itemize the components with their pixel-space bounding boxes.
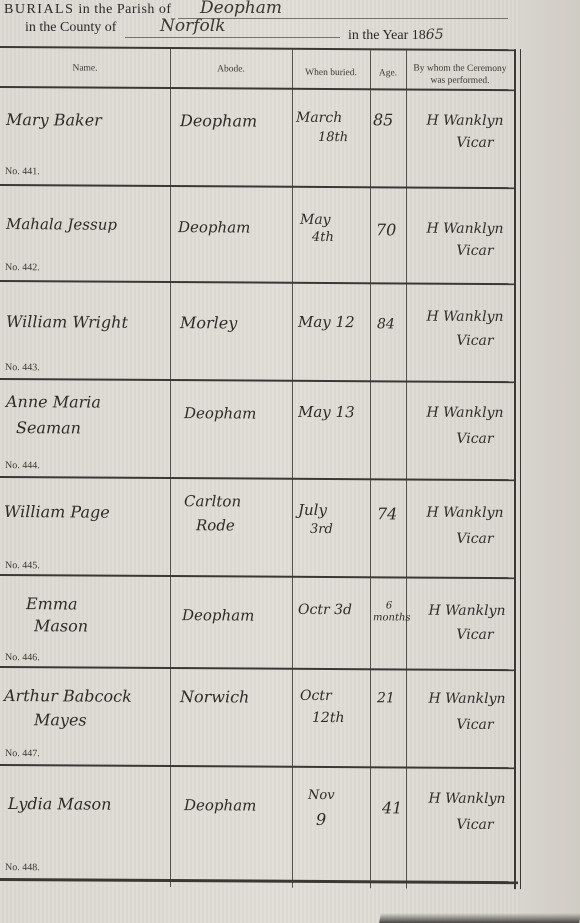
register-header: BURIALS in the Parish of Deopham in the … <box>0 0 520 48</box>
entry-date-day: 4th <box>312 228 334 248</box>
entry-age: 74 <box>377 504 397 524</box>
table-bottom-rule <box>0 878 518 884</box>
year-label-text: in the Year 18 <box>348 28 426 43</box>
entry-date-day: 9 <box>316 810 326 830</box>
entry-date: March <box>296 108 342 128</box>
entry-age: 70 <box>376 220 396 240</box>
entry-abode-line2: Rode <box>196 515 235 535</box>
entry-name-line2: Mayes <box>34 710 87 730</box>
entry-abode: Norwich <box>180 687 249 707</box>
register-page: BURIALS in the Parish of Deopham in the … <box>0 0 580 923</box>
entry-name: Mary Baker <box>6 110 102 131</box>
entry-officiant: H Wanklyn <box>412 601 522 622</box>
entry-officiant: H Wanklyn <box>410 503 520 524</box>
entry-date-day: 3rd <box>310 520 333 540</box>
entry-date-day: 12th <box>312 708 344 728</box>
table-row: Mahala Jessup Deopham May 4th 70 H Wankl… <box>0 186 514 283</box>
county-fill-line <box>125 37 340 38</box>
burial-register-table: Name. Abode. When buried. Age. By whom t… <box>0 46 520 894</box>
parish-fill-line <box>178 18 508 19</box>
year-value: 65 <box>426 27 444 43</box>
parish-label: in the Parish of <box>78 2 171 17</box>
county-value: Norfolk <box>160 16 226 36</box>
entry-officiant: H Wanklyn <box>410 403 520 424</box>
table-row: Mary Baker Deopham March 18th 85 H Wankl… <box>0 88 514 187</box>
ceremony-header-line1: By whom the Ceremony <box>406 62 514 75</box>
entry-officiant: H Wanklyn <box>410 111 520 132</box>
entry-date: May 12 <box>298 312 355 332</box>
table-row: Arthur Babcock Mayes Norwich Octr 12th 2… <box>0 668 514 767</box>
column-header-ceremony: By whom the Ceremony was performed. <box>406 62 514 87</box>
entry-number: No. 442. <box>5 262 40 273</box>
entry-number: No. 443. <box>5 362 40 373</box>
table-right-border <box>514 49 521 889</box>
column-header-abode: Abode. <box>170 63 292 76</box>
county-label: in the County of <box>25 20 116 36</box>
entry-officiant-title: Vicar <box>420 715 530 736</box>
table-row: Lydia Mason Deopham Nov 9 41 H Wanklyn V… <box>0 766 514 879</box>
entry-officiant-title: Vicar <box>420 529 530 550</box>
entry-officiant-title: Vicar <box>420 133 530 154</box>
entry-officiant-title: Vicar <box>420 331 530 352</box>
year-label: in the Year 1865 <box>348 27 444 44</box>
table-row: William Wright Morley May 12 84 H Wankly… <box>0 282 514 381</box>
entry-officiant: H Wanklyn <box>412 689 522 710</box>
table-row: William Page Carlton Rode July 3rd 74 H … <box>0 478 514 577</box>
entry-officiant-title: Vicar <box>420 625 530 646</box>
entry-name-line2: Seaman <box>16 418 81 438</box>
column-header-age: Age. <box>370 67 406 79</box>
entry-abode: Deopham <box>180 111 257 131</box>
entry-name: Arthur Babcock <box>4 686 132 707</box>
entry-officiant-title: Vicar <box>420 241 530 262</box>
entry-name: Anne Maria <box>6 392 101 413</box>
entry-name: Lydia Mason <box>8 794 111 815</box>
entry-officiant: H Wanklyn <box>412 789 522 810</box>
heading-line-1: BURIALS in the Parish of <box>4 2 172 18</box>
entry-number: No. 445. <box>5 560 40 571</box>
column-header-when-buried: When buried. <box>292 67 370 79</box>
table-row: Anne Maria Seaman Deopham May 13 H Wankl… <box>0 380 514 479</box>
entry-officiant: H Wanklyn <box>410 219 520 240</box>
entry-age: 84 <box>377 314 395 334</box>
entry-number: No. 447. <box>5 748 40 759</box>
table-row: Emma Mason Deopham Octr 3d 6 months H Wa… <box>0 576 514 669</box>
entry-number: No. 446. <box>5 652 40 663</box>
entry-age: 21 <box>377 688 395 708</box>
entry-date: Octr 3d <box>298 600 352 620</box>
entry-abode: Deopham <box>178 217 250 237</box>
entry-abode: Deopham <box>182 605 254 625</box>
entry-officiant: H Wanklyn <box>410 307 520 328</box>
ceremony-header-line2: was performed. <box>406 74 514 87</box>
entry-age: 85 <box>373 110 393 130</box>
entry-abode: Deopham <box>184 795 256 815</box>
entry-name: Emma <box>26 594 78 614</box>
entry-name: Mahala Jessup <box>6 214 117 235</box>
column-header-name: Name. <box>0 62 170 75</box>
heading-title: BURIALS <box>4 2 74 17</box>
entry-officiant-title: Vicar <box>420 429 530 450</box>
entry-age: 6 months <box>373 600 405 624</box>
entry-date: May 13 <box>298 402 355 422</box>
entry-name: William Page <box>4 502 110 523</box>
entry-date: Nov <box>308 786 335 806</box>
entry-abode: Carlton <box>184 491 241 511</box>
entry-abode: Morley <box>180 313 237 333</box>
entry-name-line2: Mason <box>34 616 88 636</box>
entry-officiant-title: Vicar <box>420 815 530 836</box>
entry-number: No. 444. <box>5 460 40 471</box>
entry-abode: Deopham <box>184 403 256 423</box>
entry-date: Octr <box>300 686 332 706</box>
page-edge-shadow <box>379 913 580 923</box>
entry-date-day: 18th <box>318 128 348 148</box>
entry-number: No. 448. <box>5 862 40 873</box>
entry-date: July <box>298 500 327 520</box>
entry-age: 41 <box>382 798 402 818</box>
entry-number: No. 441. <box>5 166 40 177</box>
entry-name: William Wright <box>6 312 128 333</box>
